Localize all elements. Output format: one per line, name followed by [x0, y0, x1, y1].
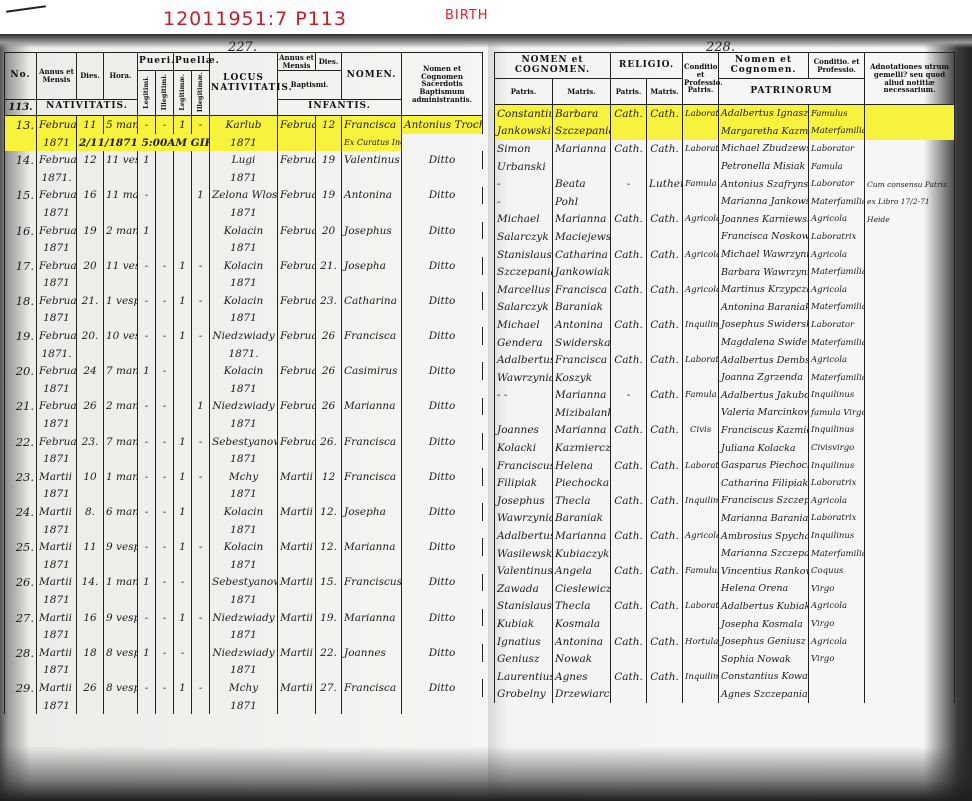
birth-place: Karlub — [210, 116, 278, 134]
mother-religion: Cath. — [647, 140, 683, 158]
godparent-occupation: Materfamilias — [809, 369, 865, 387]
remarks — [865, 334, 955, 352]
boy-legitimate: - — [138, 609, 156, 627]
mother-name: Barbara — [553, 105, 611, 123]
mother-religion — [647, 545, 683, 563]
header-legitimi: Legitimi. — [138, 71, 156, 116]
parents-row: StanislausCatharinaCath.Cath.AgricolaMic… — [495, 246, 955, 264]
parents-row: JankowskiSzczepaniakMargaretha Kazmiercz… — [495, 123, 955, 141]
child-name: Francisca — [342, 468, 402, 486]
boy-illegitimate: - — [156, 362, 174, 380]
boy-legitimate: 1 — [138, 574, 156, 592]
mother-name: Angela — [553, 562, 611, 580]
parents-row: FilipiakPiechockaCatharina FilipiakLabor… — [495, 474, 955, 492]
child-name: Marianna — [342, 609, 402, 627]
girl-illegitimate: - — [192, 116, 210, 134]
remarks — [865, 369, 955, 387]
record-row-continuation: 18711871 — [5, 697, 483, 715]
father-religion — [611, 510, 647, 528]
girl-illegitimate — [192, 503, 210, 521]
girl-legitimate: 1 — [174, 538, 192, 556]
girl-illegitimate — [192, 222, 210, 240]
father-name: Wawrzyniak — [495, 510, 553, 528]
priest-name: Ditto — [402, 398, 483, 416]
record-row-continuation: 18711871 — [5, 275, 483, 293]
remarks: Cum consensu Patris — [865, 175, 955, 193]
birth-place: Kolacin — [210, 538, 278, 556]
header-legitimae: Legitimæ. — [174, 71, 192, 116]
godparent-occupation: Famulus — [809, 105, 865, 123]
godparent-name: Franciscus Kazmierczak — [719, 422, 809, 440]
remarks — [865, 580, 955, 598]
father-occupation — [683, 158, 719, 176]
baptism-day: 12. — [316, 503, 342, 521]
godparent-name: Valeria Marcinkowska — [719, 404, 809, 422]
parents-row: GrobelnyDrzewiarczykAgnes Szczepaniak — [495, 686, 955, 704]
godparent-occupation: Coquus — [809, 562, 865, 580]
boy-legitimate: - — [138, 433, 156, 451]
godparent-occupation: Agricola — [809, 211, 865, 229]
parents-row: UrbanskiPetronella MisiakFamula — [495, 158, 955, 176]
father-name: Franciscus — [495, 457, 553, 475]
mother-name: Marianna — [553, 422, 611, 440]
father-occupation: Famulus — [683, 562, 719, 580]
baptism-day: 12 — [316, 468, 342, 486]
baptism-year: 1871 — [210, 591, 278, 609]
priest-name: Ditto — [402, 468, 483, 486]
parents-row: WawrzyniakBaraniakMarianna BaraniakLabor… — [495, 510, 955, 528]
parents-row: LaurentiusAgnesCath.Cath.InquilinusConst… — [495, 668, 955, 686]
priest-name: Ditto — [402, 679, 483, 697]
mother-religion — [647, 263, 683, 281]
baptism-day: 12. — [316, 538, 342, 556]
mother-religion: Cath. — [647, 246, 683, 264]
boy-legitimate: 1 — [138, 222, 156, 240]
record-row-continuation: 18711871 — [5, 521, 483, 539]
baptism-day: 21. — [316, 257, 342, 275]
father-occupation: Laborator — [683, 351, 719, 369]
birth-place: Kolacin — [210, 257, 278, 275]
child-name: Casimirus — [342, 362, 402, 380]
birth-month: Februarii — [37, 327, 77, 345]
remarks — [865, 123, 955, 141]
baptism-month: Februarii — [278, 398, 316, 416]
record-row-continuation: 18711871 — [5, 556, 483, 574]
father-name: Ignatius — [495, 633, 553, 651]
record-number: 17. — [5, 257, 37, 275]
godparent-name: Marianna Jankowska — [719, 193, 809, 211]
baptism-month: Martii — [278, 503, 316, 521]
parents-row: MichaelMariannaCath.Cath.AgricolaJoannes… — [495, 211, 955, 229]
girl-legitimate — [174, 362, 192, 380]
birth-hour: 10 vesp. — [104, 327, 138, 345]
father-name: Kubiak — [495, 615, 553, 633]
girl-illegitimate — [192, 151, 210, 169]
record-number: 27. — [5, 609, 37, 627]
godparent-name: Antonina Baraniak — [719, 299, 809, 317]
record-row: 24.Martii8.6 mane--1KolacinMartii12.Jose… — [5, 503, 483, 521]
mother-religion: Cath. — [647, 387, 683, 405]
parents-row: JosephusTheclaCath.Cath.InquilinusFranci… — [495, 492, 955, 510]
priest-name: Ditto — [402, 538, 483, 556]
mother-religion — [647, 334, 683, 352]
header-sacerdos: Nomen et Cognomen Sacerdotis Baptismum a… — [402, 53, 483, 116]
birth-year: 1871 — [37, 591, 77, 609]
mother-name: Agnes — [553, 668, 611, 686]
godparent-occupation: Agricola — [809, 598, 865, 616]
priest-name: Ditto — [402, 433, 483, 451]
parents-row: AdalbertusMariannaCath.Cath.AgricolaAmbr… — [495, 527, 955, 545]
godparent-name: Agnes Szczepaniak — [719, 686, 809, 704]
priest-title: Ex Curatus Ineliae — [342, 134, 402, 152]
boy-illegitimate: - — [156, 538, 174, 556]
remarks — [865, 105, 955, 123]
birth-year: 1871 — [37, 556, 77, 574]
record-number: 28. — [5, 644, 37, 662]
mother-religion — [647, 439, 683, 457]
godparent-name: Magdalena Swiderska — [719, 334, 809, 352]
header-infantis: INFANTIS. — [278, 99, 402, 116]
record-row: 13.Februarii115 mane--1-KarlubFebruarii1… — [5, 116, 483, 134]
parents-row: KubiakKosmalaJosepha KosmalaVirgo — [495, 615, 955, 633]
godparent-occupation: Virgo — [809, 650, 865, 668]
priest-title — [342, 521, 402, 539]
remarks — [865, 299, 955, 317]
header-nativitatis: NATIVITATIS. — [37, 99, 138, 116]
birth-hour: 9 vesp. — [104, 609, 138, 627]
record-number: 26. — [5, 574, 37, 592]
header-annus-mensis: Annus et Mensis — [37, 53, 77, 100]
birth-day: 21. — [77, 292, 104, 310]
godparent-name: Petronella Misiak — [719, 158, 809, 176]
boy-illegitimate: - — [156, 116, 174, 134]
father-religion: Cath. — [611, 598, 647, 616]
mother-name: Francisca — [553, 351, 611, 369]
birth-hour: 9 vesp. — [104, 538, 138, 556]
priest-name: Ditto — [402, 503, 483, 521]
parents-row: MichaelAntoninaCath.Cath.InquilinusJosep… — [495, 316, 955, 334]
father-name: Stanislaus — [495, 246, 553, 264]
birth-day: 26 — [77, 398, 104, 416]
birth-day: 16 — [77, 187, 104, 205]
birth-place: Mchy — [210, 468, 278, 486]
godparent-name: Joannes Karniewski — [719, 211, 809, 229]
girl-illegitimate: - — [192, 433, 210, 451]
birth-month: Februarii — [37, 257, 77, 275]
birth-place: Niedzwiady — [210, 644, 278, 662]
parents-row: FranciscusHelenaCath.Cath.LaboratorGaspa… — [495, 457, 955, 475]
godparent-occupation: Virgo — [809, 615, 865, 633]
record-number: 18. — [5, 292, 37, 310]
birth-hour: 1 mane — [104, 574, 138, 592]
record-row: 21.Februarii262 mane--1NiedzwiadyFebruar… — [5, 398, 483, 416]
godparent-name: Adalbertus Ignaszak — [719, 105, 809, 123]
baptism-month: Martii — [278, 679, 316, 697]
boy-legitimate: - — [138, 257, 156, 275]
birth-month: Februarii — [37, 116, 77, 134]
mother-religion: Cath. — [647, 105, 683, 123]
girl-legitimate: 1 — [174, 292, 192, 310]
godparent-occupation: Laborator — [809, 175, 865, 193]
godparent-name: Joanna Zgrzenda — [719, 369, 809, 387]
record-row: 16.Februarii192 mane1KolacinFebruarii20J… — [5, 222, 483, 240]
parents-row: SimonMariannaCath.Cath.LaboratorMichael … — [495, 140, 955, 158]
godparent-name: Michael Wawrzyniak — [719, 246, 809, 264]
baptism-month: Februarii — [278, 292, 316, 310]
father-occupation: Agricola — [683, 211, 719, 229]
boy-illegitimate — [156, 187, 174, 205]
birth-hour: 5 mane — [104, 116, 138, 134]
father-occupation — [683, 686, 719, 704]
mother-religion: Cath. — [647, 562, 683, 580]
birth-place: Kolacin — [210, 292, 278, 310]
birth-hour: 2 mane — [104, 222, 138, 240]
parents-row: WasilewskiKubiaczykMarianna SzczepaniakM… — [495, 545, 955, 563]
baptism-year: 1871 — [210, 662, 278, 680]
header-hora: Hora. — [104, 53, 138, 100]
father-occupation: Laborator — [683, 457, 719, 475]
boy-illegitimate — [156, 222, 174, 240]
father-name: Zawada — [495, 580, 553, 598]
priest-title — [342, 556, 402, 574]
father-occupation — [683, 299, 719, 317]
godparent-occupation: Famula — [809, 158, 865, 176]
record-row-continuation: 1871.1871 — [5, 169, 483, 187]
birth-place: Sebestyanowo — [210, 433, 278, 451]
birth-month: Martii — [37, 468, 77, 486]
birth-day: 20. — [77, 327, 104, 345]
father-name: Gendera — [495, 334, 553, 352]
remarks — [865, 668, 955, 686]
father-occupation: Laborator — [683, 140, 719, 158]
record-row-continuation: 1871.1871. — [5, 345, 483, 363]
remarks — [865, 633, 955, 651]
remarks — [865, 158, 955, 176]
godparent-occupation: Materfamilias — [809, 123, 865, 141]
birth-day: 14. — [77, 574, 104, 592]
godparent-name: Francisca Noskowiak — [719, 228, 809, 246]
boy-illegitimate: - — [156, 327, 174, 345]
father-name: Michael — [495, 316, 553, 334]
header-conditio-patrinorum: Conditio. et Professio. — [809, 53, 865, 79]
record-row-continuation: 18711871 — [5, 486, 483, 504]
parents-row: MarcellusFranciscaCath.Cath.AgricolaMart… — [495, 281, 955, 299]
boy-illegitimate: - — [156, 644, 174, 662]
birth-day: 24 — [77, 362, 104, 380]
father-occupation: Inquilinus — [683, 668, 719, 686]
priest-title — [342, 204, 402, 222]
father-name — [495, 404, 553, 422]
godparent-name: Barbara Wawrzyniak — [719, 263, 809, 281]
record-row: 29.Martii268 vesp.--1-MchyMartii27.Franc… — [5, 679, 483, 697]
girl-illegitimate: - — [192, 292, 210, 310]
girl-illegitimate: - — [192, 468, 210, 486]
boy-illegitimate: - — [156, 257, 174, 275]
record-row-continuation: 18711871 — [5, 626, 483, 644]
godparent-name: Josephus Swiderski — [719, 316, 809, 334]
birth-year: 1871 — [37, 415, 77, 433]
godparent-occupation — [809, 668, 865, 686]
girl-legitimate: 1 — [174, 503, 192, 521]
birth-month: Martii — [37, 609, 77, 627]
record-row: 25.Martii119 vesp.--1-KolacinMartii12.Ma… — [5, 538, 483, 556]
parents-row: ValentinusAngelaCath.Cath.FamulusVincent… — [495, 562, 955, 580]
mother-religion — [647, 474, 683, 492]
record-row-continuation: 18711871 — [5, 380, 483, 398]
godparent-occupation: Materfamilias — [809, 299, 865, 317]
birth-place: Kolacin — [210, 222, 278, 240]
baptism-year: 1871 — [210, 626, 278, 644]
baptism-month: Februarii — [278, 187, 316, 205]
father-occupation — [683, 650, 719, 668]
record-row-continuation: 18711871 — [5, 662, 483, 680]
father-name: Urbanski — [495, 158, 553, 176]
godparent-name: Vincentius Rankowski — [719, 562, 809, 580]
birth-month: Martii — [37, 538, 77, 556]
header-religio-patris: Patris. — [611, 79, 647, 105]
remarks — [865, 140, 955, 158]
birth-hour: 8 vesp. — [104, 679, 138, 697]
baptism-day: 26. — [316, 433, 342, 451]
child-name: Franciscus — [342, 574, 402, 592]
mother-religion — [647, 615, 683, 633]
mother-name: Kubiaczyk — [553, 545, 611, 563]
record-number: 23. — [5, 468, 37, 486]
boy-legitimate: - — [138, 679, 156, 697]
father-name: - — [495, 175, 553, 193]
birth-hour: 7 mane — [104, 362, 138, 380]
father-religion: Cath. — [611, 211, 647, 229]
parents-row: WawrzyniakKoszykJoanna ZgrzendaMaterfami… — [495, 369, 955, 387]
father-religion: Cath. — [611, 527, 647, 545]
father-name: - — [495, 193, 553, 211]
boy-legitimate: 1 — [138, 362, 156, 380]
father-occupation: Laborator — [683, 598, 719, 616]
baptism-day: 26 — [316, 362, 342, 380]
mother-name: Antonina — [553, 316, 611, 334]
birth-place: Sebestyanowo — [210, 574, 278, 592]
record-row: 18.Februarii21.1 vesp.--1-KolacinFebruar… — [5, 292, 483, 310]
mother-religion — [647, 299, 683, 317]
boy-legitimate: - — [138, 187, 156, 205]
record-row: 27.Martii169 vesp.--1-NiedzwiadyMartii19… — [5, 609, 483, 627]
birth-year: 1871 — [37, 662, 77, 680]
godparent-name: Juliana Kolacka — [719, 439, 809, 457]
boy-illegitimate: - — [156, 433, 174, 451]
father-occupation: Inquilinus — [683, 492, 719, 510]
baptism-day: 23. — [316, 292, 342, 310]
mother-name: Marianna — [553, 527, 611, 545]
baptism-day: 15. — [316, 574, 342, 592]
baptism-year: 1871 — [210, 134, 278, 152]
godparent-occupation — [809, 686, 865, 704]
father-religion — [611, 580, 647, 598]
baptism-month: Februarii — [278, 362, 316, 380]
father-occupation: Civis — [683, 422, 719, 440]
father-religion: Cath. — [611, 316, 647, 334]
birth-day: 26 — [77, 679, 104, 697]
birth-hour: 1 vesp. — [104, 292, 138, 310]
record-number: 15. — [5, 187, 37, 205]
baptism-day: 22. — [316, 644, 342, 662]
record-row: 26.Martii14.1 mane1--SebestyanowoMartii1… — [5, 574, 483, 592]
father-religion — [611, 158, 647, 176]
parents-row: IgnatiusAntoninaCath.Cath.HortulanusJose… — [495, 633, 955, 651]
father-religion: Cath. — [611, 457, 647, 475]
godparent-occupation: Agricola — [809, 246, 865, 264]
mother-religion: Cath. — [647, 211, 683, 229]
father-name: Salarczyk — [495, 299, 553, 317]
godparent-occupation: Laboratrix — [809, 228, 865, 246]
header-nomen-cognomen: NOMEN et COGNOMEN. — [495, 53, 611, 79]
father-occupation — [683, 228, 719, 246]
priest-title — [342, 275, 402, 293]
child-name: Josepha — [342, 503, 402, 521]
mother-name: Baraniak — [553, 299, 611, 317]
mother-religion: Cath. — [647, 492, 683, 510]
record-row: 17.Februarii2011 vesp.--1-KolacinFebruar… — [5, 257, 483, 275]
header-puellae: Puellæ. — [174, 53, 210, 71]
father-religion — [611, 334, 647, 352]
header-no: No. — [5, 53, 37, 100]
father-occupation — [683, 404, 719, 422]
birth-month: Februarii — [37, 362, 77, 380]
baptism-year: 1871 — [210, 486, 278, 504]
baptism-month: Februarii — [278, 222, 316, 240]
child-name: Josepha — [342, 257, 402, 275]
boy-illegitimate: - — [156, 574, 174, 592]
birth-year: 1871 — [37, 486, 77, 504]
mother-name: Cieslewicz — [553, 580, 611, 598]
record-number: 16. — [5, 222, 37, 240]
mother-religion: Cath. — [647, 422, 683, 440]
godparent-name: Adalbertus Jakubowski — [719, 387, 809, 405]
father-religion: - — [611, 387, 647, 405]
mother-name: Maciejewska — [553, 228, 611, 246]
mother-religion: Cath. — [647, 281, 683, 299]
remarks — [865, 492, 955, 510]
baptism-day: 27. — [316, 679, 342, 697]
header-illegitimae: Illegitimæ. — [192, 71, 210, 116]
baptism-month: Martii — [278, 609, 316, 627]
priest-title — [342, 380, 402, 398]
child-name: Marianna — [342, 538, 402, 556]
priest-title — [342, 591, 402, 609]
parents-row: StanislausTheclaCath.Cath.LaboratorAdalb… — [495, 598, 955, 616]
girl-illegitimate: - — [192, 327, 210, 345]
father-religion: - — [611, 175, 647, 193]
priest-title — [342, 450, 402, 468]
baptism-year: 1871 — [210, 239, 278, 257]
child-name: Francisca — [342, 433, 402, 451]
father-name: Salarczyk — [495, 228, 553, 246]
baptism-year: 1871 — [210, 415, 278, 433]
baptism-month: Martii — [278, 644, 316, 662]
baptism-day: 19. — [316, 609, 342, 627]
girl-illegitimate: - — [192, 257, 210, 275]
father-name: Stanislaus — [495, 598, 553, 616]
mother-religion — [647, 228, 683, 246]
parents-row: -Beata-LutheranaFamulaAntonius Szafrynsk… — [495, 175, 955, 193]
remarks: Heide — [865, 211, 955, 229]
father-occupation: Agricola — [683, 281, 719, 299]
girl-illegitimate: - — [192, 609, 210, 627]
girl-illegitimate: 1 — [192, 398, 210, 416]
father-religion — [611, 439, 647, 457]
father-occupation — [683, 474, 719, 492]
father-occupation — [683, 193, 719, 211]
priest-name: Ditto — [402, 574, 483, 592]
